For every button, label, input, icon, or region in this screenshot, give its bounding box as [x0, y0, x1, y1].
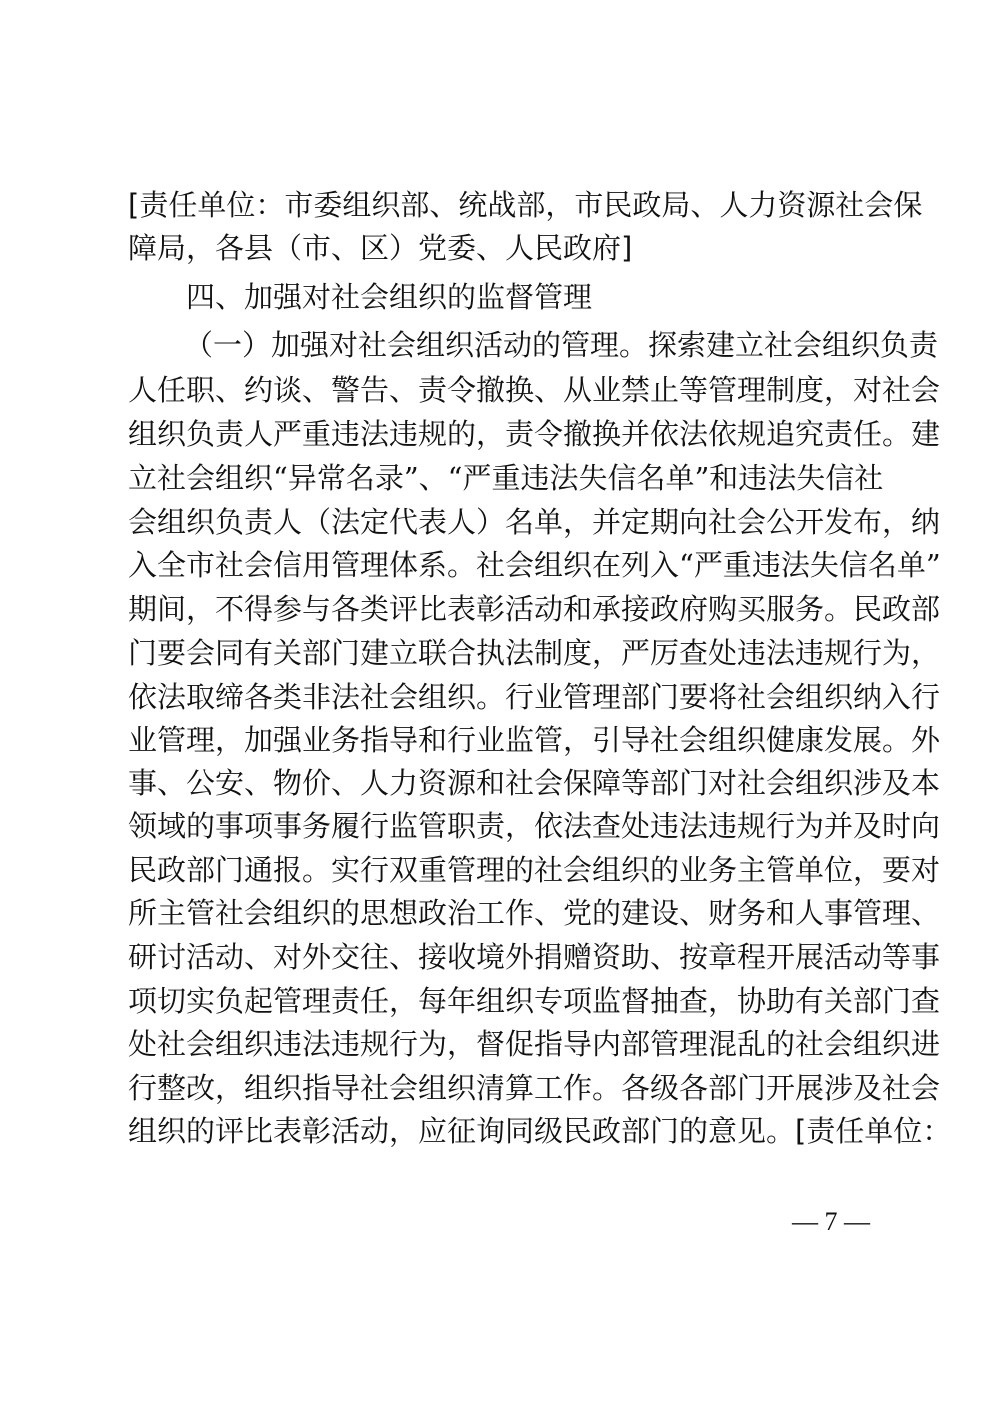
line-text: 立社会组织“异常名录”、“严重违法失信名单”和违法失信社	[128, 461, 883, 495]
page-number: — 7 —	[780, 1204, 870, 1240]
text-line: 依法取缔各类非法社会组织。行业管理部门要将社会组织纳入行	[128, 677, 864, 717]
section-heading: 四、加强对社会组织的监督管理	[186, 277, 864, 317]
line-text: 处社会组织违法违规行为，督促指导内部管理混乱的社会组织进	[128, 1027, 940, 1061]
line-text: 业管理，加强业务指导和行业监管，引导社会组织健康发展。外	[128, 723, 940, 757]
line-text: 行整改，组织指导社会组织清算工作。各级各部门开展涉及社会	[128, 1071, 940, 1105]
line-text: 事、公安、物价、人力资源和社会保障等部门对社会组织涉及本	[128, 766, 940, 800]
text-line: 研讨活动、对外交往、接收境外捐赠资助、按章程开展活动等事	[128, 937, 864, 977]
line-text: 期间，不得参与各类评比表彰活动和承接政府购买服务。民政部	[128, 592, 940, 626]
line-text: 领域的事项事务履行监管职责，依法查处违法违规行为并及时向	[128, 809, 940, 843]
responsibility-label: [责任单位：	[795, 1114, 951, 1148]
line-text: 组织的评比表彰活动，应征询同级民政部门的意见。	[128, 1114, 795, 1148]
text-line: 组织负责人严重违法违规的，责令撤换并依法依规追究责任。建	[128, 414, 864, 454]
text-line: 民政部门通报。实行双重管理的社会组织的业务主管单位，要对	[128, 850, 864, 890]
line-text: 人任职、约谈、警告、责令撤换、从业禁止等管理制度，对社会	[128, 373, 940, 407]
text-line: 组织的评比表彰活动，应征询同级民政部门的意见。[责任单位：	[128, 1111, 864, 1151]
line-text: 会组织负责人（法定代表人）名单，并定期向社会公开发布，纳	[128, 505, 940, 539]
line-text: 门要会同有关部门建立联合执法制度，严厉查处违法违规行为，	[128, 636, 940, 670]
text-line: （一）加强对社会组织活动的管理。探索建立社会组织负责	[184, 325, 864, 365]
text-line: 行整改，组织指导社会组织清算工作。各级各部门开展涉及社会	[128, 1068, 864, 1108]
line-text: 民政部门通报。实行双重管理的社会组织的业务主管单位，要对	[128, 853, 940, 887]
line-text: （一）加强对社会组织活动的管理。探索建立社会组织负责	[184, 328, 938, 362]
text-line: 立社会组织“异常名录”、“严重违法失信名单”和违法失信社	[128, 458, 864, 498]
line-text: 依法取缔各类非法社会组织。行业管理部门要将社会组织纳入行	[128, 680, 940, 714]
text-line: 期间，不得参与各类评比表彰活动和承接政府购买服务。民政部	[128, 589, 864, 629]
text-line: [责任单位：市委组织部、统战部，市民政局、人力资源社会保	[128, 185, 864, 225]
text-line: 人任职、约谈、警告、责令撤换、从业禁止等管理制度，对社会	[128, 370, 864, 410]
text-line: 障局，各县（市、区）党委、人民政府]	[128, 228, 864, 268]
line-text: 所主管社会组织的思想政治工作、党的建设、财务和人事管理、	[128, 896, 940, 930]
text-line: 入全市社会信用管理体系。社会组织在列入“严重违法失信名单”	[128, 545, 864, 585]
text-line: 事、公安、物价、人力资源和社会保障等部门对社会组织涉及本	[128, 763, 864, 803]
text-line: 业管理，加强业务指导和行业监管，引导社会组织健康发展。外	[128, 720, 864, 760]
text-line: 所主管社会组织的思想政治工作、党的建设、财务和人事管理、	[128, 893, 864, 933]
line-text: 项切实负起管理责任，每年组织专项监督抽查，协助有关部门查	[128, 984, 940, 1018]
text-line: 门要会同有关部门建立联合执法制度，严厉查处违法违规行为，	[128, 633, 864, 673]
text-line: 处社会组织违法违规行为，督促指导内部管理混乱的社会组织进	[128, 1024, 864, 1064]
line-text: 研讨活动、对外交往、接收境外捐赠资助、按章程开展活动等事	[128, 940, 940, 974]
line-text: 入全市社会信用管理体系。社会组织在列入“严重违法失信名单”	[128, 548, 941, 582]
document-page: [责任单位：市委组织部、统战部，市民政局、人力资源社会保障局，各县（市、区）党委…	[0, 0, 992, 1403]
text-line: 项切实负起管理责任，每年组织专项监督抽查，协助有关部门查	[128, 981, 864, 1021]
line-text: 障局，各县（市、区）党委、人民政府]	[128, 231, 632, 265]
line-text: [责任单位：市委组织部、统战部，市民政局、人力资源社会保	[128, 188, 922, 222]
line-text: 四、加强对社会组织的监督管理	[186, 280, 592, 314]
line-text: 组织负责人严重违法违规的，责令撤换并依法依规追究责任。建	[128, 417, 940, 451]
text-line: 领域的事项事务履行监管职责，依法查处违法违规行为并及时向	[128, 806, 864, 846]
text-line: 会组织负责人（法定代表人）名单，并定期向社会公开发布，纳	[128, 502, 864, 542]
